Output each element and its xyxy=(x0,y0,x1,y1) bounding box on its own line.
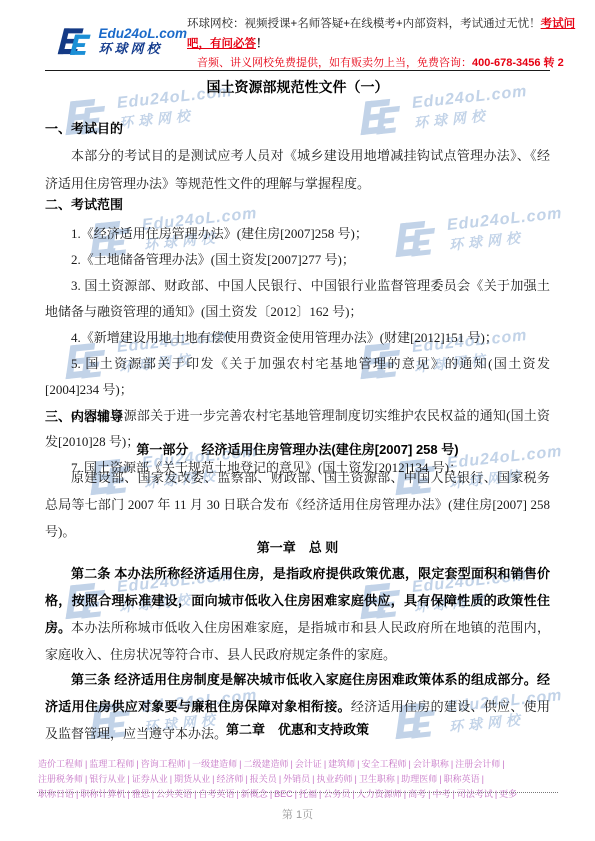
footer-link[interactable]: 司法考试 xyxy=(457,789,493,799)
edu24ol-logo: Edu24oL.com 环球网校 xyxy=(55,12,187,72)
footer-link[interactable]: 二级建造师 xyxy=(243,759,288,769)
list-item: 2.《土地储备管理办法》(国土资发[2007]277 号)； xyxy=(45,247,550,273)
section-1-heading: 一、考试目的 xyxy=(45,116,550,142)
logo-brand: Edu24oL.com xyxy=(98,27,187,42)
part-1-paragraph: 原建设部、国家发改委、监察部、财政部、国土资源部、中国人民银行、国家税务总局等七… xyxy=(45,464,550,545)
section-2-heading: 二、考试范围 xyxy=(45,192,550,218)
page-header: Edu24oL.com 环球网校 环球网校：视频授课+名师答疑+在线模考+内部资… xyxy=(55,12,587,72)
part-1-intro: 原建设部、国家发改委、监察部、财政部、国土资源部、中国人民银行、国家税务总局等七… xyxy=(45,464,550,545)
chapter-1-heading: 第一章 总 则 xyxy=(45,537,550,556)
section-exam-scope: 二、考试范围 1.《经济适用住房管理办法》(建住房[2007]258 号)； 2… xyxy=(45,192,550,481)
footer-links: 造价工程师|监理工程师|咨询工程师|一级建造师|二级建造师|会计证|建筑师|安全… xyxy=(38,757,565,802)
list-item: 4.《新增建设用地土地有偿使用费资金使用管理办法》(财建[2012]151 号)… xyxy=(45,325,550,351)
document-page: Edu24oL.com 环球网校 Edu24oL.com 环球网校 Edu24o… xyxy=(0,0,595,841)
list-item: 5. 国土资源部关于印发《关于加强农村宅基地管理的意见》的通知(国土资发[200… xyxy=(45,351,550,403)
footer-link[interactable]: 一级建造师 xyxy=(192,759,237,769)
footer-link[interactable]: 职称日语 xyxy=(38,789,74,799)
footer-link[interactable]: 银行从业 xyxy=(89,774,125,784)
footer-link[interactable]: 新概念 xyxy=(241,789,268,799)
page-number: 第 1页 xyxy=(0,806,595,822)
footer-link[interactable]: 建筑师 xyxy=(328,759,355,769)
footer-link[interactable]: 公共英语 xyxy=(156,789,192,799)
footer-link[interactable]: 高考 xyxy=(408,789,426,799)
footer-link[interactable]: 监理工程师 xyxy=(89,759,134,769)
section-1-paragraph: 本部分的考试目的是测试应考人员对《城乡建设用地增减挂钩试点管理办法》、《经济适用… xyxy=(45,142,550,198)
article-2-supplement: 本办法所称城市低收入住房困难家庭，是指城市和县人民政府所在地镇的范围内，家庭收入… xyxy=(45,614,550,668)
section-exam-purpose: 一、考试目的 本部分的考试目的是测试应考人员对《城乡建设用地增减挂钩试点管理办法… xyxy=(45,116,550,198)
footer-link[interactable]: 会计职称 xyxy=(413,759,449,769)
footer-link[interactable]: 托福 xyxy=(299,789,317,799)
section-3-heading: 三、内容辅导 xyxy=(45,404,550,430)
footer-link[interactable]: 中考 xyxy=(432,789,450,799)
footer-divider xyxy=(37,792,558,793)
logo-text: Edu24oL.com 环球网校 xyxy=(98,27,187,56)
slogan-text: 环球网校：视频授课+名师答疑+在线模考+内部资料，考试通过无忧！ xyxy=(187,18,541,30)
footer-link[interactable]: 公务员 xyxy=(323,789,350,799)
footer-links-row-3: 职称日语|职称计算机|雅思|公共英语|自考英语|新概念|BEC|托福|公务员|人… xyxy=(38,787,565,802)
footer-link[interactable]: 职称英语 xyxy=(444,774,480,784)
footer-link[interactable]: 雅思 xyxy=(132,789,150,799)
footer-link[interactable]: 经济师 xyxy=(216,774,243,784)
hotline-number: 400-678-3456 转 2 xyxy=(472,57,564,69)
footer-link[interactable]: 注册会计师 xyxy=(455,759,500,769)
footer-link-separator: | xyxy=(480,774,486,784)
footer-link[interactable]: 职称计算机 xyxy=(80,789,125,799)
part-1-heading: 第一部分 经济适用住房管理办法(建住房[2007] 258 号) xyxy=(45,439,550,458)
footer-link[interactable]: 人力资源师 xyxy=(357,789,402,799)
edu24ol-logo-icon xyxy=(55,22,95,62)
footer-links-row-1: 造价工程师|监理工程师|咨询工程师|一级建造师|二级建造师|会计证|建筑师|安全… xyxy=(38,757,565,772)
footer-link[interactable]: 卫生职称 xyxy=(359,774,395,784)
header-divider xyxy=(45,70,550,71)
footer-link-separator: | xyxy=(500,759,506,769)
logo-brand-cn: 环球网校 xyxy=(98,42,187,56)
article-2-supplement-text: 本办法所称城市低收入住房困难家庭，是指城市和县人民政府所在地镇的范围内，家庭收入… xyxy=(45,614,550,668)
footer-links-row-2: 注册税务师|银行从业|证券从业|期货从业|经济师|报关员|外销员|执业药师|卫生… xyxy=(38,772,565,787)
footer-link[interactable]: 会计证 xyxy=(295,759,322,769)
footer-link[interactable]: 造价工程师 xyxy=(38,759,83,769)
footer-link[interactable]: 更多 xyxy=(499,789,517,799)
footer-link[interactable]: 安全工程师 xyxy=(362,759,407,769)
footer-link[interactable]: 报关员 xyxy=(250,774,277,784)
header-slogan: 环球网校：视频授课+名师答疑+在线模考+内部资料，考试通过无忧！考试问吧，有问必… xyxy=(187,14,587,54)
slogan-exclaim: ！ xyxy=(256,38,268,50)
footer-link[interactable]: 证券从业 xyxy=(132,774,168,784)
footer-link[interactable]: 外销员 xyxy=(283,774,310,784)
section-content-coaching: 三、内容辅导 xyxy=(45,404,550,430)
footer-link[interactable]: 期货从业 xyxy=(174,774,210,784)
footer-link[interactable]: 咨询工程师 xyxy=(141,759,186,769)
list-item: 1.《经济适用住房管理办法》(建住房[2007]258 号)； xyxy=(45,221,550,247)
footer-link[interactable]: 执业药师 xyxy=(317,774,353,784)
footer-link[interactable]: 注册税务师 xyxy=(38,774,83,784)
chapter-2-heading: 第二章 优惠和支持政策 xyxy=(45,719,550,738)
list-item: 3. 国土资源部、财政部、中国人民银行、中国银行业监督管理委员会《关于加强土地储… xyxy=(45,273,550,325)
notice-text: 音频、讲义网校免费提供，如有贩卖勿上当，免费咨询： xyxy=(197,57,472,69)
document-title: 国土资源部规范性文件（一） xyxy=(0,77,595,97)
footer-link[interactable]: BEC xyxy=(274,789,293,799)
footer-link[interactable]: 自考英语 xyxy=(198,789,234,799)
footer-link[interactable]: 助理医师 xyxy=(401,774,437,784)
header-info: 环球网校：视频授课+名师答疑+在线模考+内部资料，考试通过无忧！考试问吧，有问必… xyxy=(187,12,587,72)
